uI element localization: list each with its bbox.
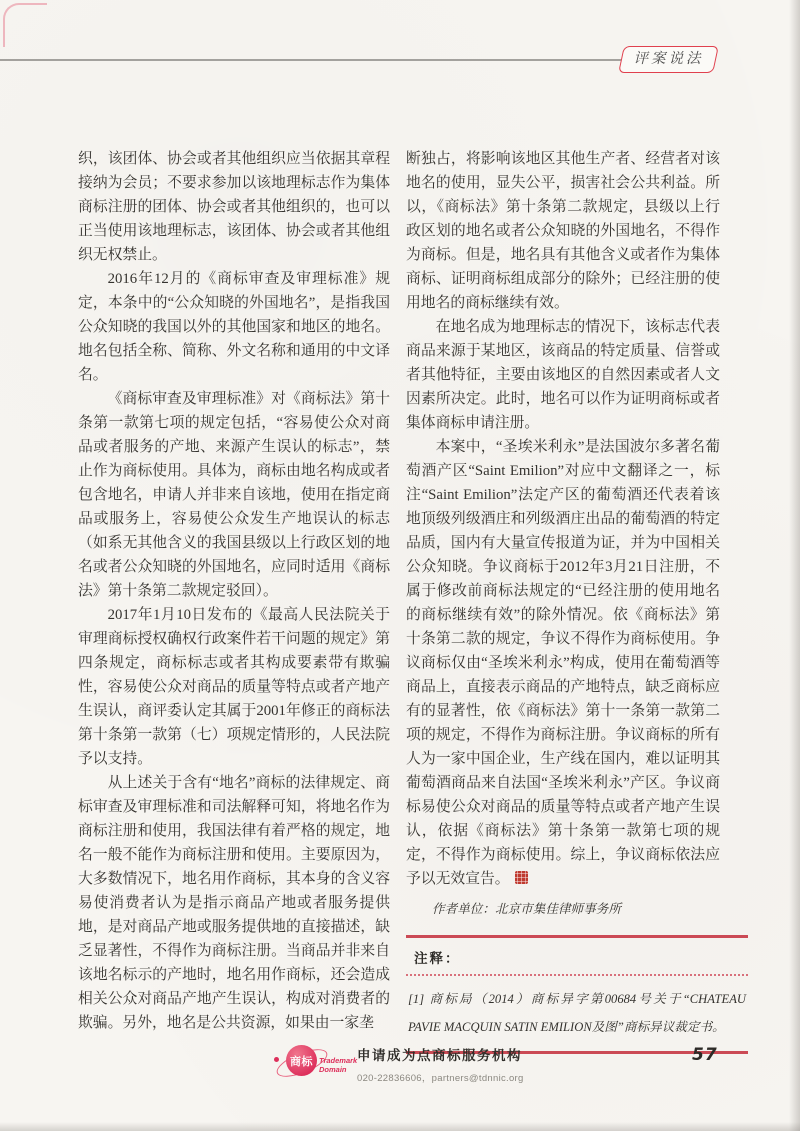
paragraph-text: 本案中，“圣埃米利永”是法国波尔多著名葡萄酒产区“Saint Emilion”对… xyxy=(406,439,720,887)
paragraph: 《商标审查及审理标准》对《商标法》第十条第一款第七项的规定包括，“容易使公众对商… xyxy=(78,387,390,603)
trademark-domain-logo: 商标 Trademark Domain xyxy=(283,1041,353,1085)
scan-edge-bottom xyxy=(0,1122,800,1131)
end-of-article-seal-icon xyxy=(515,871,528,884)
scan-edge-right xyxy=(789,0,800,1131)
footnote-section: 注释： [1] 商标局（2014）商标异字第00684号关于“CHATEAU P… xyxy=(406,935,748,1054)
footnote-heading: 注释： xyxy=(406,938,748,974)
paragraph: 从上述关于含有“地名”商标的法律规定、商标审查及审理标准和司法解释可知，将地名作… xyxy=(78,771,390,1035)
header-rule xyxy=(0,59,624,61)
paragraph: 2016年12月的《商标审查及审理标准》规定，本条中的“公众知晓的外国地名”，是… xyxy=(78,267,390,387)
author-affiliation: 作者单位：北京市集佳律师事务所 xyxy=(406,898,720,920)
globe-label: 商标 xyxy=(290,1053,313,1069)
logo-wordmark: Trademark Domain xyxy=(319,1057,357,1074)
left-column: 织，该团体、协会或者其他组织应当依据其章程接纳为会员；不要求参加以该地理标志作为… xyxy=(78,147,390,1035)
footer-slogan: 申请成为点商标服务机构 xyxy=(357,1044,524,1064)
right-column: 断独占，将影响该地区其他生产者、经营者对该地名的使用，显失公平，损害社会公共利益… xyxy=(406,147,720,1054)
magazine-page: 评案说法 织，该团体、协会或者其他组织应当依据其章程接纳为会员；不要求参加以该地… xyxy=(0,0,800,1131)
logo-orbit-dot xyxy=(274,1057,279,1062)
paragraph: 断独占，将影响该地区其他生产者、经营者对该地名的使用，显失公平，损害社会公共利益… xyxy=(406,147,720,315)
footnote-item: [1] 商标局（2014）商标异字第00684号关于“CHATEAU PAVIE… xyxy=(406,976,748,1051)
section-tab: 评案说法 xyxy=(618,46,719,73)
paragraph: 在地名成为地理标志的情况下，该标志代表商品来源于某地区，该商品的特定质量、信誉或… xyxy=(406,315,720,435)
logo-wordmark-line2: Domain xyxy=(319,1066,357,1075)
paragraph: 织，该团体、协会或者其他组织应当依据其章程接纳为会员；不要求参加以该地理标志作为… xyxy=(78,147,390,267)
footer-text: 申请成为点商标服务机构 020-22836606，partners@tdnnic… xyxy=(357,1044,524,1084)
footer-contact: 020-22836606，partners@tdnnic.org xyxy=(357,1070,524,1084)
page-number: 57 xyxy=(692,1045,718,1065)
paragraph: 本案中，“圣埃米利永”是法国波尔多著名葡萄酒产区“Saint Emilion”对… xyxy=(406,435,720,891)
page-corner-decoration xyxy=(3,3,47,47)
trademark-globe-icon: 商标 xyxy=(286,1045,317,1076)
section-tab-label: 评案说法 xyxy=(622,47,715,72)
paragraph: 2017年1月10日发布的《最高人民法院关于审理商标授权确权行政案件若干问题的规… xyxy=(78,603,390,771)
